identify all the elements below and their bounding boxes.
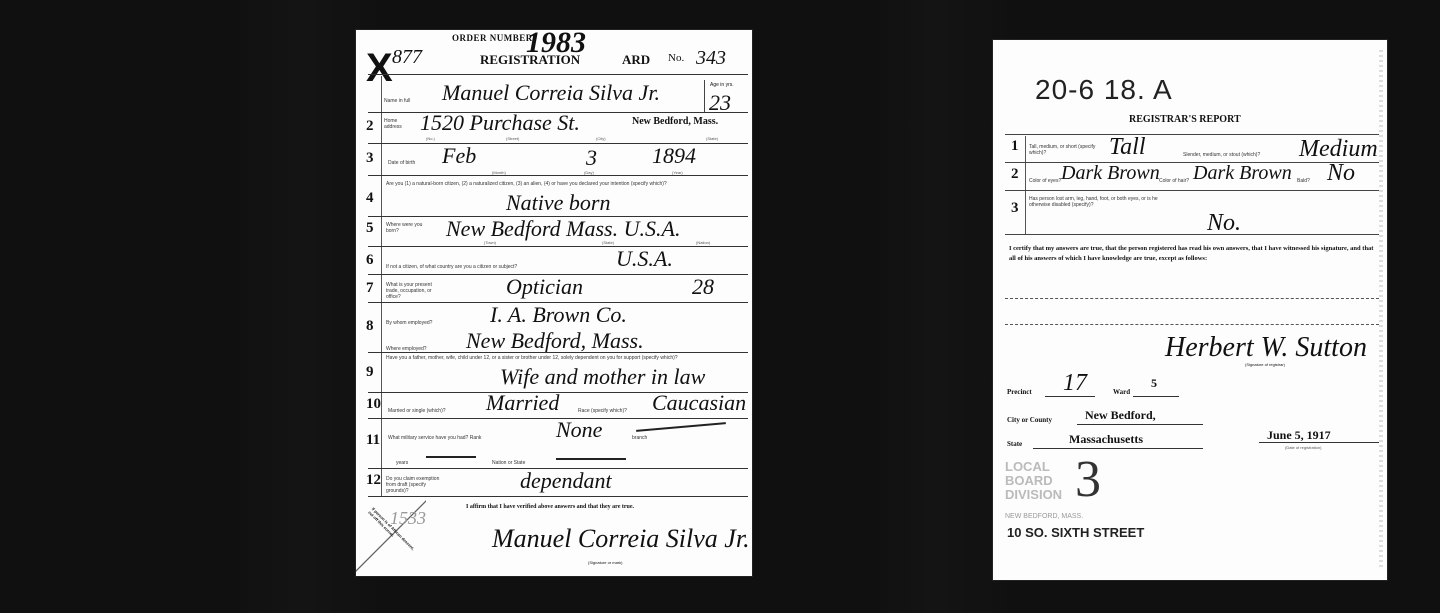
corner-number: 1533	[390, 508, 426, 529]
number-column-rule	[1025, 136, 1026, 234]
field-number: 11	[366, 432, 380, 449]
field-number: 1	[1011, 138, 1019, 155]
field-label: What is your present trade, occupation, …	[386, 282, 436, 300]
birth-year: 1894	[652, 143, 696, 169]
card-edge-perforation	[1379, 50, 1383, 570]
divider	[368, 74, 748, 75]
birth-day: 3	[586, 145, 597, 171]
field-label: Nation or State	[492, 460, 525, 466]
hair-color-value: Dark Brown	[1193, 162, 1292, 185]
divider	[1005, 234, 1379, 235]
exemption-value: dependant	[520, 468, 612, 494]
citizen-of-value: U.S.A.	[616, 246, 673, 272]
field-number: 12	[366, 472, 381, 489]
field-label: branch	[632, 435, 647, 441]
employer-value: I. A. Brown Co.	[490, 302, 627, 328]
marital-status-value: Married	[486, 390, 559, 416]
field-number: 3	[366, 150, 374, 167]
field-label: What military service have you had? Rank	[388, 435, 481, 441]
bald-value: No	[1327, 160, 1355, 187]
precinct-label: Precinct	[1007, 388, 1032, 396]
address-value: 1520 Purchase St.	[420, 110, 580, 136]
divider	[1005, 134, 1379, 135]
date-caption: (Date of registration)	[1285, 445, 1321, 450]
sub-label: (State)	[602, 240, 614, 245]
stamp-city: NEW BEDFORD, MASS.	[1005, 513, 1083, 520]
military-service-value: None	[556, 417, 602, 443]
field-label: Race (specify which)?	[578, 408, 627, 414]
registration-date: June 5, 1917	[1267, 428, 1331, 443]
order-number-label: ORDER NUMBER	[452, 33, 533, 43]
ward-label: Ward	[1113, 388, 1130, 396]
card-title: REGISTRATION ARD	[480, 52, 580, 68]
field-label: By whom employed?	[386, 320, 432, 326]
report-title: REGISTRAR'S REPORT	[1129, 114, 1241, 125]
field-number: 2	[1011, 166, 1019, 183]
divider	[368, 246, 748, 247]
stamp-street: 10 SO. SIXTH STREET	[1007, 525, 1144, 540]
underline	[1033, 448, 1203, 449]
dash-mark	[556, 458, 626, 460]
crossed-out-mark: X	[366, 48, 393, 88]
registrant-signature: Manuel Correia Silva Jr.	[492, 524, 750, 554]
build-value: Medium	[1299, 136, 1378, 163]
city-value: New Bedford,	[1085, 408, 1156, 423]
card-title-start: REGISTRATION	[480, 52, 580, 67]
field-label: Are you (1) a natural-born citizen, (2) …	[386, 181, 746, 187]
name-value: Manuel Correia Silva Jr.	[442, 80, 660, 106]
birthplace-value: New Bedford Mass. U.S.A.	[446, 216, 680, 242]
sub-label: (Town)	[484, 240, 496, 245]
field-number: 2	[366, 118, 374, 135]
divider	[1005, 190, 1379, 191]
field-label: Slender, medium, or stout (which)?	[1183, 152, 1260, 158]
field-label: Color of hair?	[1159, 178, 1189, 184]
field-number: 7	[366, 280, 374, 297]
field-label: Home address	[384, 118, 412, 130]
field-label: Where were you born?	[386, 222, 426, 234]
disability-value: No.	[1207, 210, 1241, 237]
field-number: 9	[366, 364, 374, 381]
field-label: Do you claim exemption from draft (speci…	[386, 476, 446, 494]
sub-label: (Street)	[506, 136, 519, 141]
ward-value: 5	[1151, 376, 1157, 391]
birth-month: Feb	[442, 143, 476, 169]
dash-mark	[636, 422, 726, 432]
field-label: Bald?	[1297, 178, 1310, 184]
divider	[368, 352, 748, 353]
underline	[1259, 442, 1379, 443]
sub-label: (City)	[596, 136, 606, 141]
underline	[1045, 396, 1095, 397]
exception-line	[1005, 324, 1379, 325]
affirmation-text: I affirm that I have verified above answ…	[466, 504, 634, 510]
registrar-signature: Herbert W. Sutton	[1165, 332, 1367, 364]
address-city-printed: New Bedford, Mass.	[632, 116, 718, 127]
city-label: City or County	[1007, 416, 1052, 424]
card-header: ORDER NUMBER 1983 X 877 REGISTRATION ARD…	[356, 30, 752, 78]
card-no-value: 343	[696, 47, 726, 70]
field-label: Date of birth	[388, 160, 415, 166]
field-number: 6	[366, 252, 374, 269]
field-number: 10	[366, 396, 381, 413]
stamp-line: DIVISION	[1005, 487, 1062, 502]
precinct-value: 17	[1063, 370, 1087, 397]
registrars-report-card: 20-6 18. A REGISTRAR'S REPORT 1 Tall, me…	[993, 40, 1387, 580]
race-value: Caucasian	[652, 390, 746, 416]
field-label: Color of eyes?	[1029, 178, 1061, 184]
underline	[1133, 396, 1179, 397]
age-label: Age in yrs.	[710, 82, 734, 88]
field-label: Married or single (which)?	[388, 408, 446, 414]
divider	[368, 175, 748, 176]
registrar-signature-caption: (Signature of registrar)	[1245, 362, 1285, 367]
age-box: Age in yrs. 23	[704, 80, 749, 112]
occupation-value: Optician	[506, 274, 583, 300]
registration-card-front: ORDER NUMBER 1983 X 877 REGISTRATION ARD…	[356, 30, 752, 576]
field-label: If not a citizen, of what country are yo…	[386, 264, 517, 270]
state-label: State	[1007, 440, 1022, 448]
sub-label: (No.)	[426, 136, 435, 141]
stamp-board-number: 3	[1075, 450, 1101, 509]
certification-text: I certify that my answers are true, that…	[1009, 244, 1379, 264]
stamp-board-label: LOCAL BOARD DIVISION	[1005, 460, 1062, 502]
report-serial-number: 20-6 18. A	[1035, 74, 1173, 106]
field-number: 4	[366, 190, 374, 207]
field-number: 3	[1011, 200, 1019, 217]
field-number: 5	[366, 220, 374, 237]
height-value: Tall	[1109, 134, 1145, 161]
occupation-extra: 28	[692, 274, 714, 300]
field-number: 8	[366, 318, 374, 335]
dash-mark	[426, 456, 476, 458]
underline	[1077, 424, 1203, 425]
field-label: Has person lost arm, leg, hand, foot, or…	[1029, 196, 1179, 208]
stamp-line: BOARD	[1005, 473, 1053, 488]
serial-number: 877	[392, 46, 422, 69]
citizenship-value: Native born	[506, 190, 611, 216]
state-value: Massachusetts	[1069, 432, 1143, 447]
field-label: Name in full	[384, 98, 410, 104]
exception-line	[1005, 298, 1379, 299]
number-column-rule	[381, 76, 382, 496]
dependents-value: Wife and mother in law	[500, 364, 705, 390]
stamp-line: LOCAL	[1005, 459, 1050, 474]
sub-label: (State)	[706, 136, 718, 141]
signature-caption: (Signature or mark)	[588, 560, 622, 565]
employment-place-value: New Bedford, Mass.	[466, 328, 644, 354]
sub-label: (Nation)	[696, 240, 710, 245]
card-no-label: No.	[668, 52, 684, 64]
field-label: years	[396, 460, 408, 466]
field-label: Tall, medium, or short (specify which)?	[1029, 144, 1099, 156]
field-label: Have you a father, mother, wife, child u…	[386, 355, 746, 361]
eye-color-value: Dark Brown	[1061, 162, 1160, 185]
card-title-end: ARD	[622, 52, 650, 68]
